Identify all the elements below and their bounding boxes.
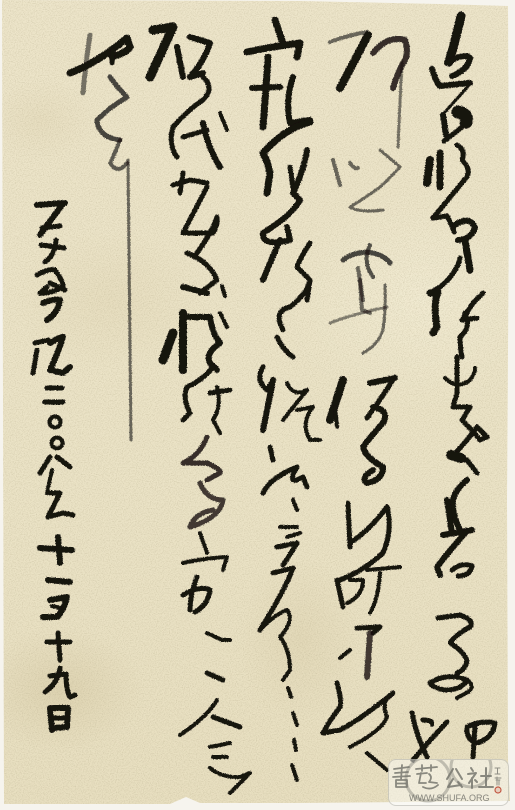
brush-stroke [495, 768, 501, 785]
seal-stamp-icon [495, 787, 501, 793]
watermark-url: WWW.SHUFA.ORG [409, 793, 490, 803]
paper-sheet [0, 0, 515, 810]
brush-stroke [416, 765, 438, 789]
calligraphy-artwork-scan: WWW.SHUFA.ORG [0, 0, 515, 810]
watermark-badge: WWW.SHUFA.ORG [388, 759, 509, 806]
watermark-artist-name [495, 768, 501, 785]
